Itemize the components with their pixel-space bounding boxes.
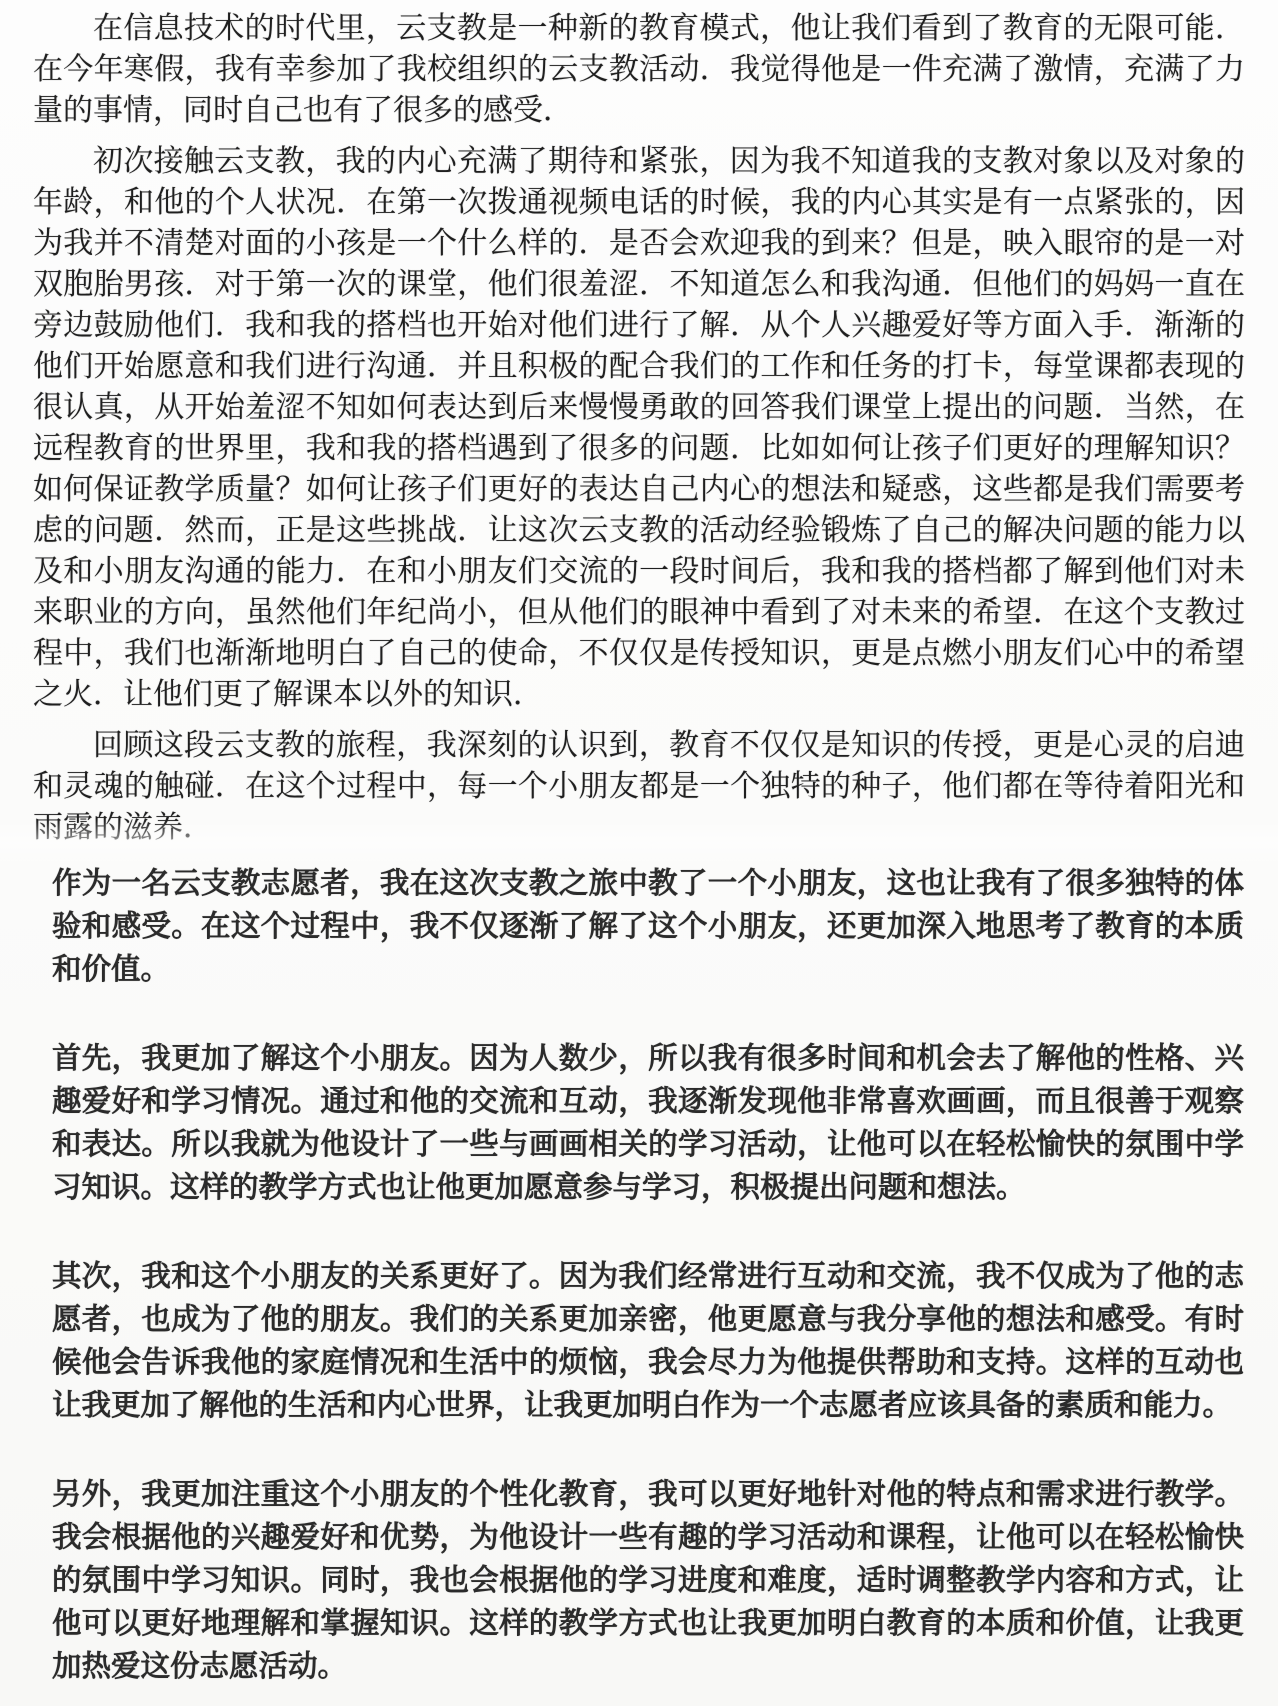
paragraph-volunteer-summary: 作为一名云支教志愿者，我在这次支教之旅中教了一个小朋友，这也让我有了很多独特的体… xyxy=(52,862,1244,991)
essay-part-1: 在信息技术的时代里，云支教是一种新的教育模式，他让我们看到了教育的无限可能．在今… xyxy=(0,0,1278,848)
paragraph-intro: 在信息技术的时代里，云支教是一种新的教育模式，他让我们看到了教育的无限可能．在今… xyxy=(33,8,1245,131)
essay-part-2: 作为一名云支教志愿者，我在这次支教之旅中教了一个小朋友，这也让我有了很多独特的体… xyxy=(0,858,1278,1688)
paragraph-additionally: 另外，我更加注重这个小朋友的个性化教育，我可以更好地针对他的特点和需求进行教学。… xyxy=(52,1473,1244,1688)
paragraph-secondly: 其次，我和这个小朋友的关系更好了。因为我们经常进行互动和交流，我不仅成为了他的志… xyxy=(52,1255,1244,1427)
paragraph-first-contact: 初次接触云支教，我的内心充满了期待和紧张，因为我不知道我的支教对象以及对象的年龄… xyxy=(33,141,1245,715)
paragraph-review: 回顾这段云支教的旅程，我深刻的认识到，教育不仅仅是知识的传授，更是心灵的启迪和灵… xyxy=(33,725,1245,848)
paragraph-firstly: 首先，我更加了解这个小朋友。因为人数少，所以我有很多时间和机会去了解他的性格、兴… xyxy=(52,1037,1244,1209)
document-page: 在信息技术的时代里，云支教是一种新的教育模式，他让我们看到了教育的无限可能．在今… xyxy=(0,0,1278,1706)
